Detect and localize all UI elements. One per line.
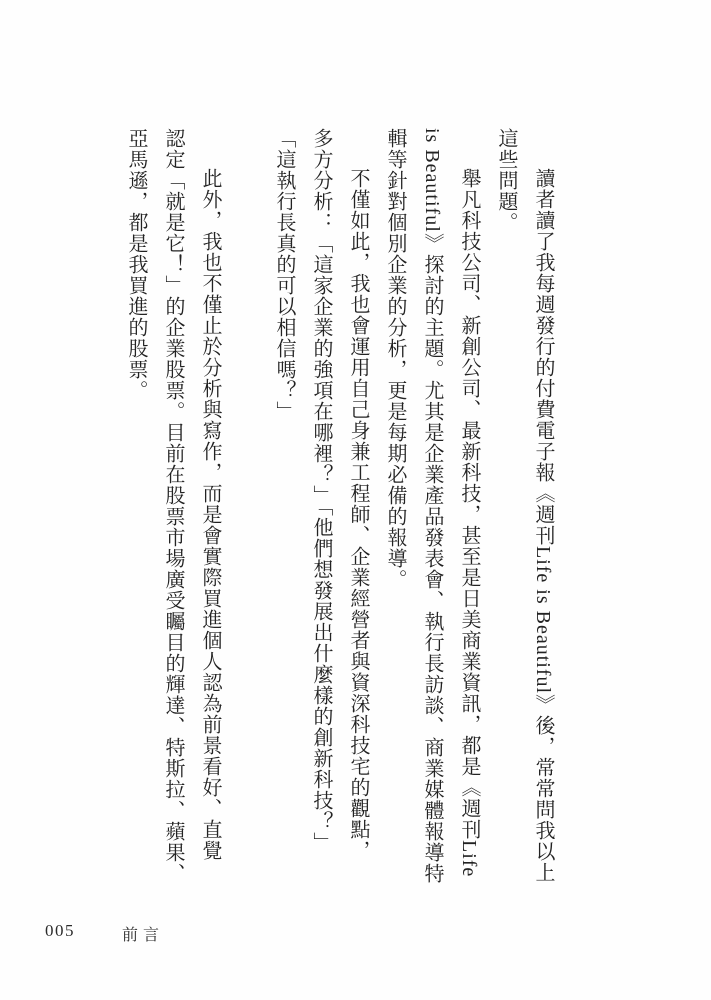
text-line: is Beautiful》探討的主題。尤其是企業產品發表會、執行長訪談、商業媒體… bbox=[413, 128, 450, 900]
text-line: 讀者讀了我每週發行的付費電子報《週刊Life is Beautiful》後，常常… bbox=[524, 128, 561, 900]
text-line: 舉凡科技公司、新創公司、最新科技，甚至是日美商業資訊，都是《週刊Life bbox=[450, 128, 487, 900]
text-line: 輯等針對個別企業的分析，更是每期必備的報導。 bbox=[376, 128, 413, 900]
text-line: 「這執行長真的可以相信嗎？」 bbox=[265, 128, 302, 900]
text-line: 認定「就是它！」的企業股票。目前在股票市場廣受矚目的輝達、特斯拉、蘋果、 bbox=[154, 128, 191, 900]
text-line: 亞馬遜，都是我買進的股票。 bbox=[117, 128, 154, 900]
text-line: 多方分析：「這家企業的強項在哪裡？」「他們想發展出什麼樣的創新科技？」 bbox=[302, 128, 339, 900]
text-line: 這些問題。 bbox=[487, 128, 524, 900]
preface-text-block: 讀者讀了我每週發行的付費電子報《週刊Life is Beautiful》後，常常… bbox=[111, 128, 561, 900]
section-title: 前言 bbox=[122, 922, 164, 945]
book-page: 讀者讀了我每週發行的付費電子報《週刊Life is Beautiful》後，常常… bbox=[0, 0, 711, 1000]
text-line: 此外，我也不僅止於分析與寫作，而是會實際買進個人認為前景看好、直覺 bbox=[191, 128, 228, 900]
text-line: 不僅如此，我也會運用自己身兼工程師、企業經營者與資深科技宅的觀點， bbox=[339, 128, 376, 900]
page-number: 005 bbox=[45, 921, 75, 941]
